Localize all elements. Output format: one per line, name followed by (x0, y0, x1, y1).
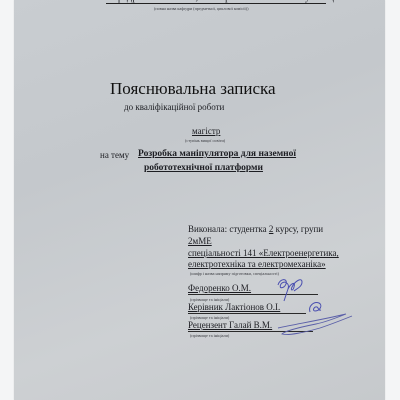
performed-by-prefix: Виконала: студентка (188, 224, 267, 234)
degree-caption: (ступінь вищої освіти) (185, 138, 225, 143)
document-page: кафедра автоматики, електроніки та телек… (14, 0, 385, 400)
department-name: кафедра автоматики, електроніки та телек… (106, 0, 326, 4)
topic-line-1: Розробка маніпулятора для наземної (138, 149, 296, 159)
specialty-line-1: спеціальності 141 «Електроенергетика, (188, 248, 339, 258)
document-subtitle: до кваліфікаційної роботи (124, 102, 224, 112)
reviewer-name: Рецензент Галай В.М. (188, 320, 272, 330)
document-title: Пояснювальна записка (110, 79, 276, 99)
course-suffix: курсу, групи (276, 224, 323, 234)
reviewer-signature-icon (276, 312, 356, 338)
student-name: Федоренко О.М. (188, 283, 251, 293)
student-signature-icon (272, 275, 312, 303)
performed-by: Виконала: студентка 2 курсу, групи (188, 224, 323, 234)
topic-label: на тему (100, 150, 129, 160)
department-caption: (повна назва кафедри (предметної, циклов… (154, 6, 248, 11)
reviewer-caption: (прізвище та ініціали) (190, 333, 229, 338)
specialty-line-2: електротехніка та електромеханіка» (188, 259, 326, 269)
degree: магістр (192, 126, 220, 136)
course-number: 2 (269, 224, 274, 234)
topic-line-2: робототехнічної платформи (144, 163, 263, 173)
supervisor-name: Керівник Лактіонов О.І. (188, 302, 280, 312)
specialty-caption: (шифр і назва напряму підготовки, спеціа… (190, 271, 279, 276)
group-name: 2мМЕ (188, 236, 212, 246)
